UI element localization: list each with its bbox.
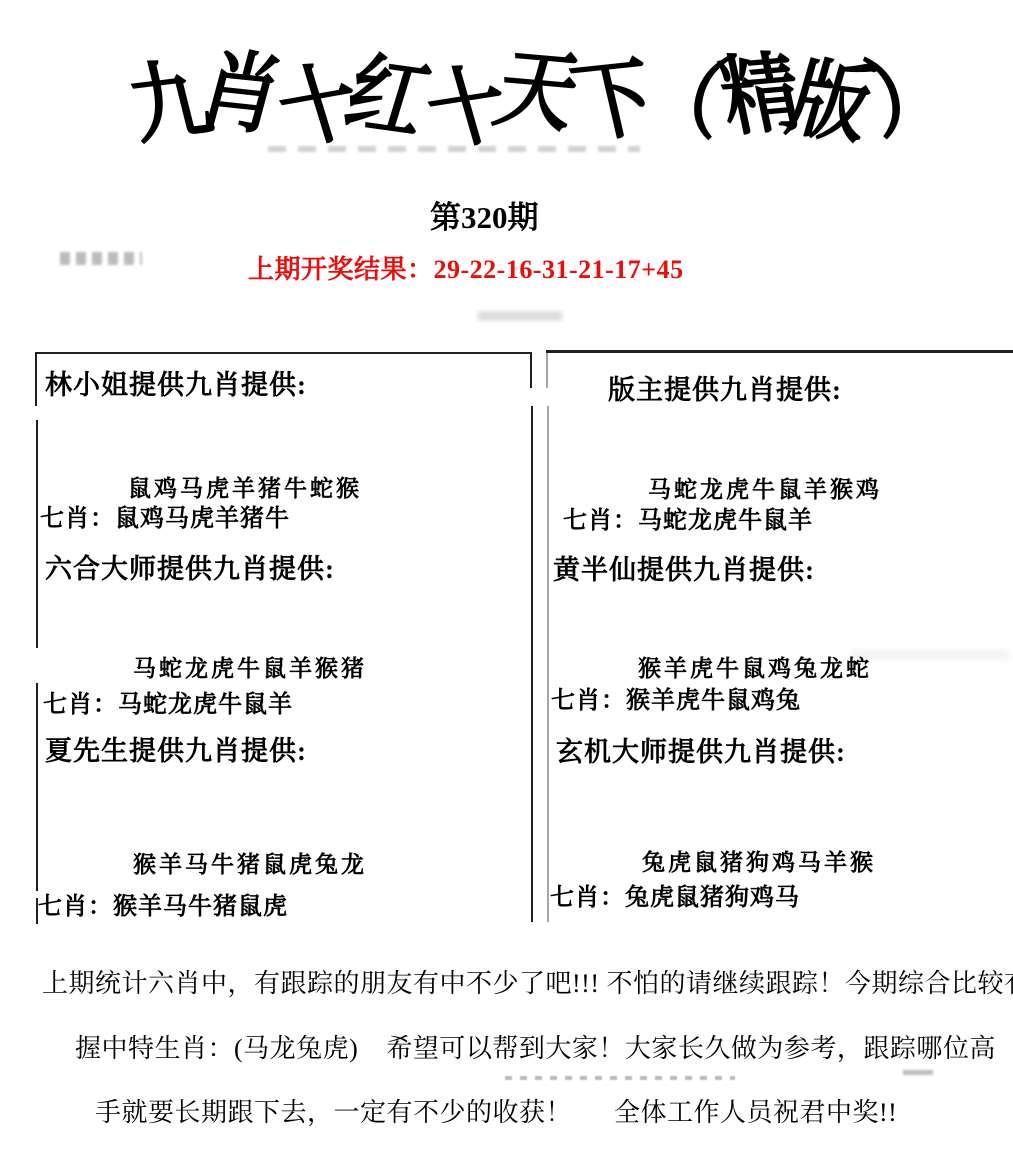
- footer-line-3: 手就要长期跟下去，一定有不少的收获！ 全体工作人员祝君中奖!!: [95, 1092, 897, 1129]
- footer-line-2: 握中特生肖：(马龙兔虎) 希望可以帮到大家！大家长久做为参考，跟踪哪位高: [75, 1028, 996, 1065]
- scan-smudge-left-of-result: [60, 252, 142, 265]
- seven-zodiac-line: 七肖：兔虎鼠猪狗鸡马: [550, 877, 800, 912]
- footer-line-1: 上期统计六肖中，有跟踪的朋友有中不少了吧!!! 不怕的请继续跟踪！今期综合比较有…: [42, 963, 1013, 1000]
- box-top-border-left: [35, 352, 532, 354]
- box-middle-border-dark-seg2: [531, 406, 533, 922]
- provider-title-huang-banxian: 黄半仙提供九肖提供:: [553, 548, 815, 587]
- seven-zodiac-line: 七肖：猴羊虎牛鼠鸡兔: [551, 680, 801, 715]
- last-draw-result: 上期开奖结果：29-22-16-31-21-17+45: [248, 249, 684, 286]
- provider-title-xia-xiansheng: 夏先生提供九肖提供:: [45, 729, 307, 768]
- seven-zodiac-line: 七肖：马蛇龙虎牛鼠羊: [43, 684, 293, 719]
- box-left-border-seg1: [35, 354, 37, 406]
- box-top-border-right: [546, 350, 1013, 353]
- lottery-tip-sheet: 九肖十红十天下（精版） 第320期 上期开奖结果：29-22-16-31-21-…: [0, 0, 1013, 1156]
- nine-zodiac-line: 兔虎鼠猪狗鸡马羊猴: [642, 844, 876, 877]
- provider-title-lin-xiaojie: 林小姐提供九肖提供:: [45, 363, 307, 402]
- nine-zodiac-line: 猴羊马牛猪鼠虎兔龙: [133, 846, 367, 879]
- nine-zodiac-line: 猴羊虎牛鼠鸡兔龙蛇: [638, 650, 872, 683]
- scan-smudge-right-column: [850, 650, 1010, 660]
- box-middle-border-gray-seg2: [547, 406, 549, 922]
- scan-smudge-footer-dots: [505, 1076, 735, 1080]
- seven-zodiac-line: 七肖：鼠鸡马虎羊猪牛: [40, 498, 290, 533]
- box-left-border-seg2: [36, 420, 38, 648]
- provider-title-liuhe-dashi: 六合大师提供九肖提供:: [45, 547, 335, 586]
- box-middle-border-gray-seg1: [546, 353, 548, 388]
- provider-title-xuanji-dashi: 玄机大师提供九肖提供:: [556, 730, 846, 769]
- box-middle-border-dark-seg1: [530, 352, 532, 388]
- page-title: 九肖十红十天下（精版）: [0, 36, 1013, 148]
- scan-smudge-footer-dash: [903, 1070, 933, 1075]
- issue-number: 第320期: [430, 192, 539, 237]
- scan-smudge-below-result: [478, 311, 562, 321]
- seven-zodiac-line: 七肖：猴羊马牛猪鼠虎: [38, 886, 288, 921]
- seven-zodiac-line: 七肖：马蛇龙虎牛鼠羊: [563, 500, 813, 535]
- box-left-border-seg3: [36, 683, 38, 891]
- provider-title-banzhu: 版主提供九肖提供:: [608, 368, 842, 407]
- nine-zodiac-line: 马蛇龙虎牛鼠羊猴猪: [133, 650, 367, 683]
